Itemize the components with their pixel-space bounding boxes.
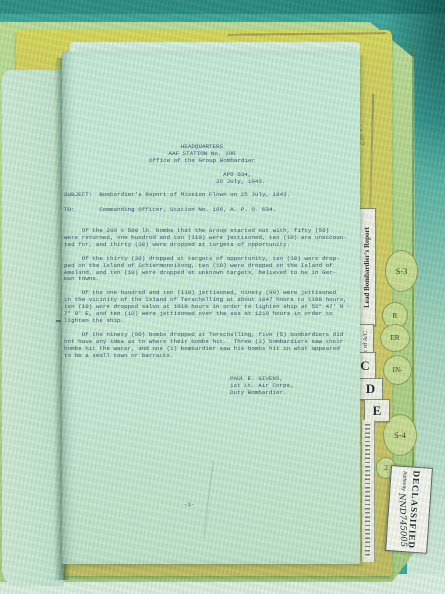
round-tab-er-label: ER xyxy=(391,334,400,342)
doc-header-line-3: Office of the Group Bombardier xyxy=(53,158,351,165)
declassified-sticker: DECLASSIFIED Authority NND745005 xyxy=(385,465,433,554)
declassified-number: NND745005 xyxy=(397,493,409,547)
doc-paragraph-1: Of the 200 x 500 lb. bombs that the Grou… xyxy=(64,228,358,249)
index-tab-d: D xyxy=(358,378,383,400)
round-tab-er: ER xyxy=(380,324,410,352)
page-crease xyxy=(203,460,213,538)
round-tab-in-label: IN- xyxy=(393,366,403,374)
index-tab-e-label: E xyxy=(373,403,382,419)
round-tab-s4-label: S-4 xyxy=(394,430,406,440)
doc-paragraph-2: Of the thirty (30) dropped at targets of… xyxy=(64,256,358,284)
round-tab-r-label: R xyxy=(393,312,398,320)
doc-subject-line: SUBJECT: Bombardier's Report of Mission … xyxy=(64,192,290,199)
doc-paragraph-4: Of the ninety (90) bombs dropped at Ters… xyxy=(64,332,358,360)
round-tab-in: IN- xyxy=(383,355,412,385)
edge-fine-print-text xyxy=(365,424,370,558)
round-tab-s3: S-3 xyxy=(385,250,418,292)
index-tab-c-label: C xyxy=(360,358,369,374)
doc-signature-block: PAUL E. GIVENS, 1st Lt. Air Corps, Duty … xyxy=(230,376,294,397)
doc-paragraph-3: Of the one hundred and ten (110) jettiso… xyxy=(64,290,358,325)
doc-page-number: -1- xyxy=(40,502,338,509)
doc-to-line: TO: Commanding Officer, Station No. 106,… xyxy=(64,207,276,214)
declassified-authority-label: Authority xyxy=(401,471,408,491)
document-page: HEADQUARTERS AAF STATION No. 106 Office … xyxy=(62,52,360,564)
round-tab-s3-label: S-3 xyxy=(396,266,408,276)
doc-dateline: APO 634, 26 July, 1943. xyxy=(216,172,266,186)
index-tab-e: E xyxy=(364,399,390,422)
index-tab-d-label: D xyxy=(366,381,375,397)
lead-bombardiers-report-label: Lead Bombardier's Report xyxy=(363,227,371,308)
round-tab-2-label: 2 xyxy=(384,464,388,472)
margin-mark xyxy=(56,320,61,322)
edge-fine-print-strip xyxy=(361,420,375,562)
